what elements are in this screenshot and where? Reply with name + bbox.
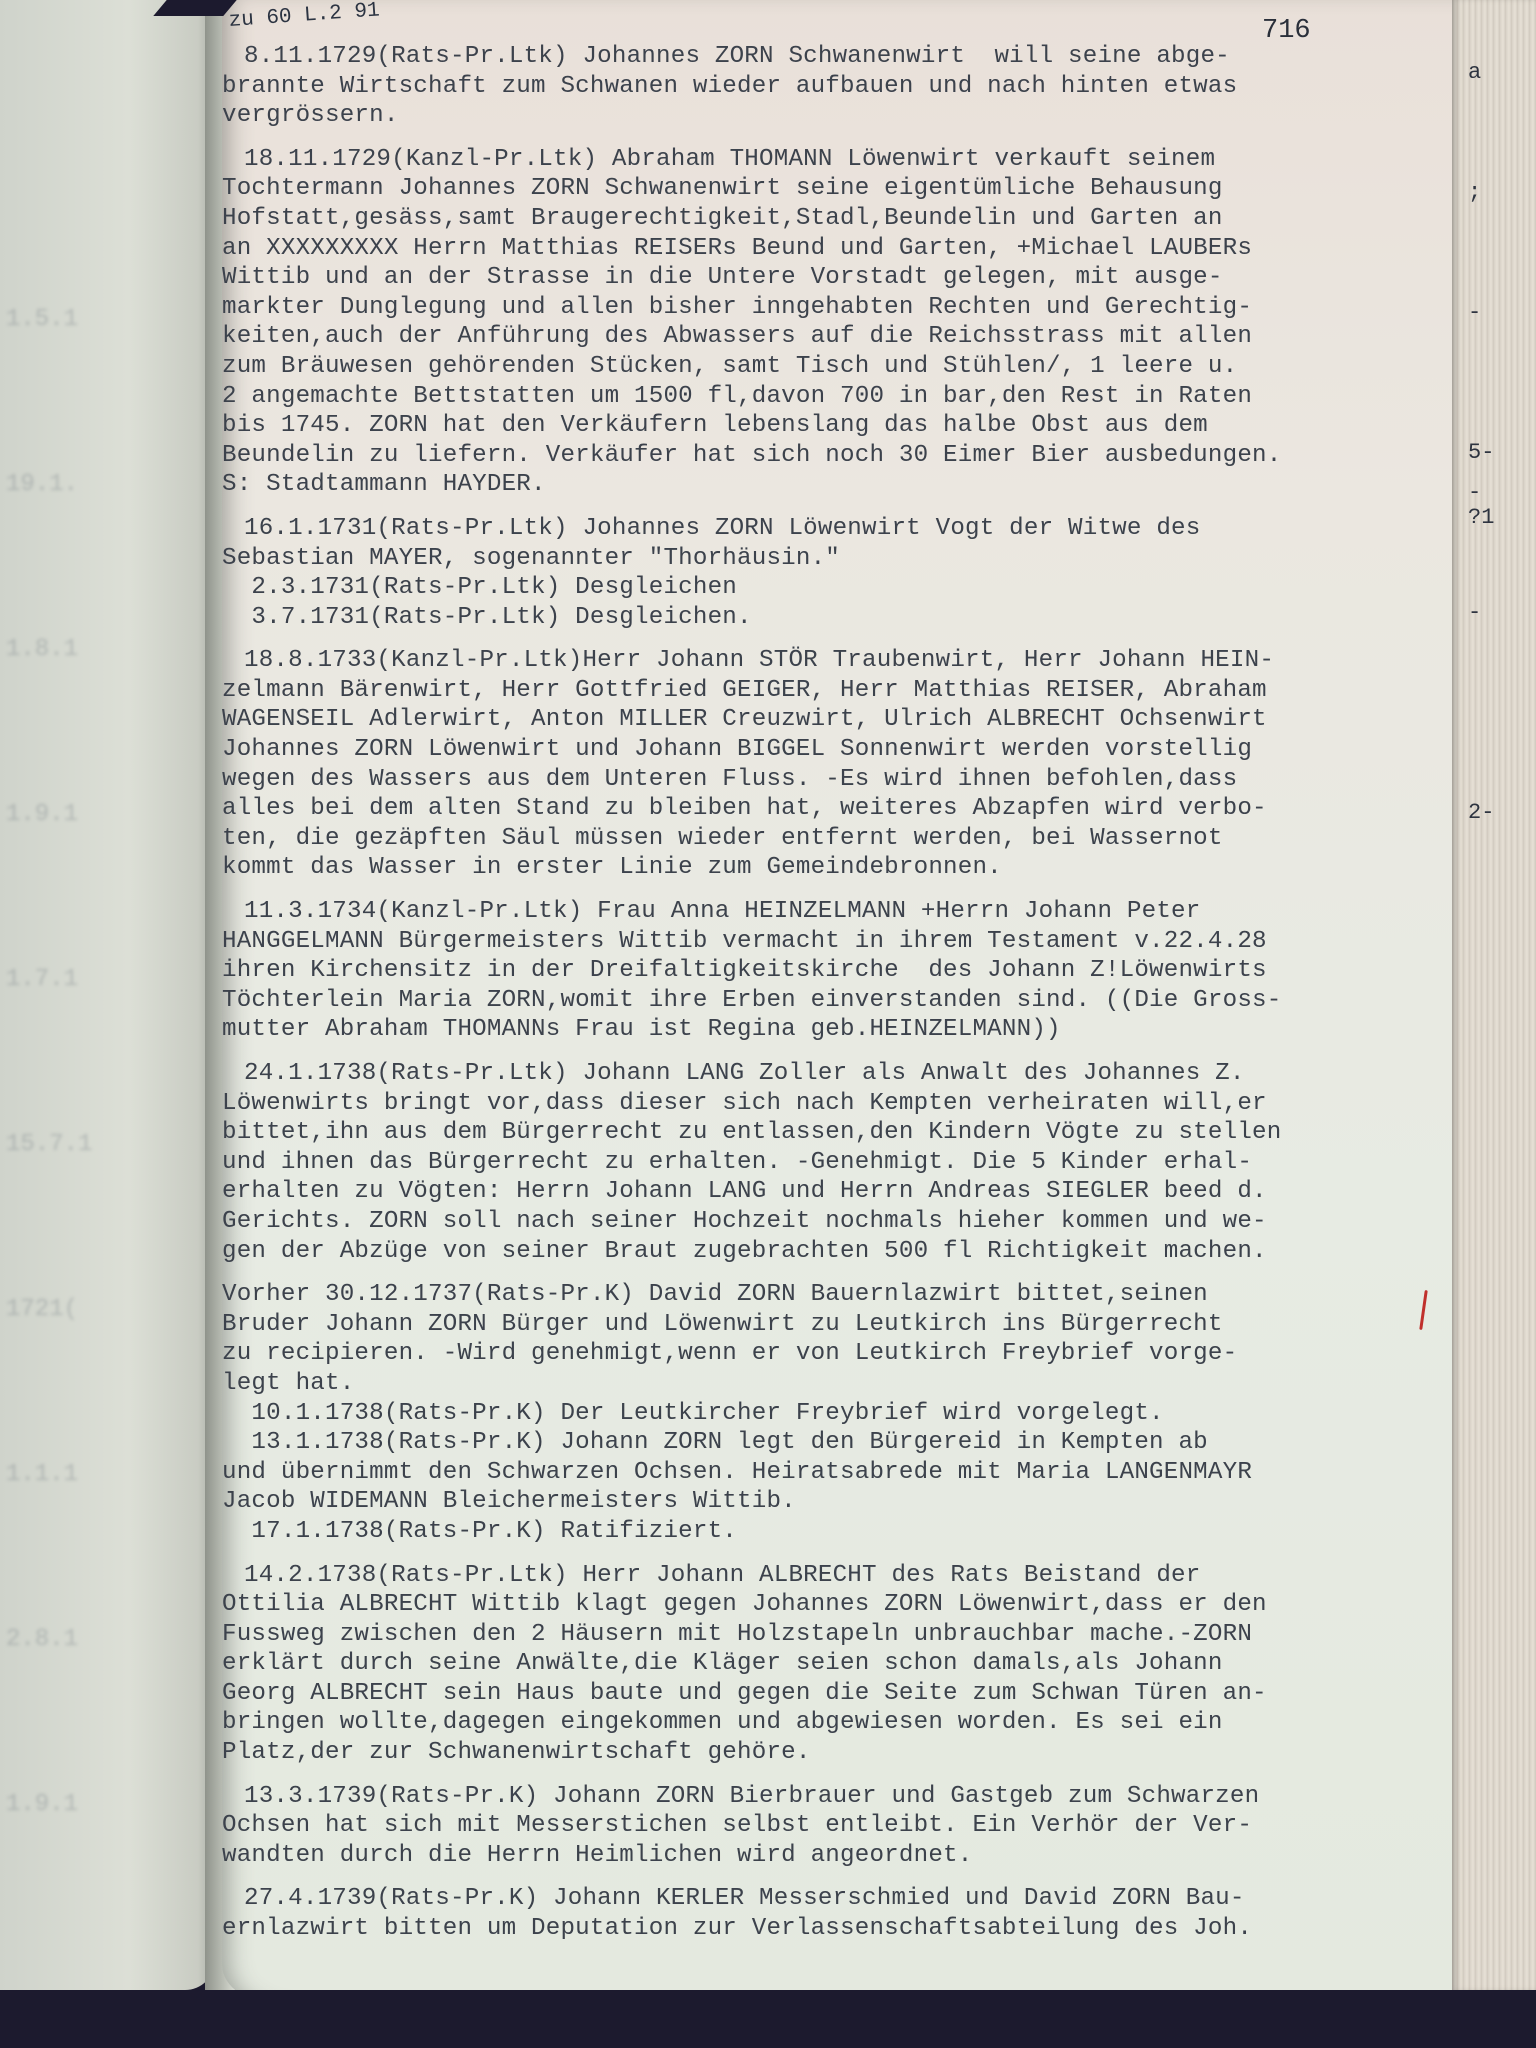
text-line: und ihnen das Bürgerrecht zu erhalten. -… [222, 1148, 1452, 1178]
margin-mark: - [1468, 300, 1481, 325]
text-line: Platz,der zur Schwanenwirtschaft gehöre. [222, 1738, 1452, 1768]
bleed-through-text: 1.1.1 [6, 1455, 156, 1495]
record-entry: 13.3.1739(Rats-Pr.K) Johann ZORN Bierbra… [222, 1782, 1452, 1871]
text-line: alles bei dem alten Stand zu bleiben hat… [222, 794, 1452, 824]
record-entry: 27.4.1739(Rats-Pr.K) Johann KERLER Messe… [222, 1884, 1452, 1943]
text-line: Fussweg zwischen den 2 Häusern mit Holzs… [222, 1620, 1452, 1650]
margin-mark: a [1468, 60, 1481, 85]
bleed-through-text: 1.7.1 [6, 960, 156, 1000]
text-line: Löwenwirts bringt vor,dass dieser sich n… [222, 1089, 1452, 1119]
text-line: an XXXXXXXXX Herrn Matthias REISERs Beun… [222, 234, 1452, 264]
bleed-through-text: 1.9.1 [6, 795, 156, 835]
text-line: Jacob WIDEMANN Bleichermeisters Wittib. [222, 1487, 1452, 1517]
text-line: Wittib und an der Strasse in die Untere … [222, 263, 1452, 293]
text-line: 27.4.1739(Rats-Pr.K) Johann KERLER Messe… [222, 1884, 1452, 1914]
text-line: Tochtermann Johannes ZORN Schwanenwirt s… [222, 174, 1452, 204]
text-line: Vorher 30.12.1737(Rats-Pr.K) David ZORN … [222, 1280, 1452, 1310]
record-entry: 18.11.1729(Kanzl-Pr.Ltk) Abraham THOMANN… [222, 145, 1452, 500]
text-line: vergrössern. [222, 101, 1452, 131]
margin-mark: 2- [1468, 800, 1494, 825]
text-line: erhalten zu Vögten: Herrn Johann LANG un… [222, 1177, 1452, 1207]
record-entry: 8.11.1729(Rats-Pr.Ltk) Johannes ZORN Sch… [222, 42, 1452, 131]
text-line: gen der Abzüge von seiner Braut zugebrac… [222, 1237, 1452, 1267]
text-line: bringen wollte,dagegen eingekommen und a… [222, 1708, 1452, 1738]
text-line: zu recipieren. -Wird genehmigt,wenn er v… [222, 1339, 1452, 1369]
text-line: Beundelin zu liefern. Verkäufer hat sich… [222, 441, 1452, 471]
text-line: 18.8.1733(Kanzl-Pr.Ltk)Herr Johann STÖR … [222, 646, 1452, 676]
bleed-through-text: 1.5.1 [6, 300, 156, 340]
text-line: 13.3.1739(Rats-Pr.K) Johann ZORN Bierbra… [222, 1782, 1452, 1812]
bleed-through-text: 1.9.1 [6, 1785, 156, 1825]
text-line: wegen des Wassers aus dem Unteren Fluss.… [222, 765, 1452, 795]
record-entry: 24.1.1738(Rats-Pr.Ltk) Johann LANG Zolle… [222, 1059, 1452, 1266]
text-line: Bruder Johann ZORN Bürger und Löwenwirt … [222, 1310, 1452, 1340]
text-line: ihren Kirchensitz in der Dreifaltigkeits… [222, 956, 1452, 986]
text-line: 24.1.1738(Rats-Pr.Ltk) Johann LANG Zolle… [222, 1059, 1452, 1089]
text-line: 14.2.1738(Rats-Pr.Ltk) Herr Johann ALBRE… [222, 1561, 1452, 1591]
record-entry: 14.2.1738(Rats-Pr.Ltk) Herr Johann ALBRE… [222, 1561, 1452, 1768]
text-line: und übernimmt den Schwarzen Ochsen. Heir… [222, 1458, 1452, 1488]
text-line: HANGGELMANN Bürgermeisters Wittib vermac… [222, 927, 1452, 957]
bleed-through-text: 15.7.1 [6, 1125, 156, 1165]
text-line: Hofstatt,gesäss,samt Braugerechtigkeit,S… [222, 204, 1452, 234]
text-line: 11.3.1734(Kanzl-Pr.Ltk) Frau Anna HEINZE… [222, 897, 1452, 927]
text-line: zum Bräuwesen gehörenden Stücken, samt T… [222, 352, 1452, 382]
text-line: S: Stadtammann HAYDER. [222, 470, 1452, 500]
text-line: 16.1.1731(Rats-Pr.Ltk) Johannes ZORN Löw… [222, 514, 1452, 544]
left-facing-page: 1.5.119.1.1.8.11.9.11.7.115.7.11721(1.1.… [0, 0, 215, 1990]
text-line: erklärt durch seine Anwälte,die Kläger s… [222, 1649, 1452, 1679]
text-line: 13.1.1738(Rats-Pr.K) Johann ZORN legt de… [222, 1428, 1452, 1458]
record-entry: 18.8.1733(Kanzl-Pr.Ltk)Herr Johann STÖR … [222, 646, 1452, 883]
text-line: 10.1.1738(Rats-Pr.K) Der Leutkircher Fre… [222, 1399, 1452, 1429]
text-line: Gerichts. ZORN soll nach seiner Hochzeit… [222, 1207, 1452, 1237]
text-line: Georg ALBRECHT sein Haus baute und gegen… [222, 1679, 1452, 1709]
margin-mark: ; [1468, 180, 1481, 205]
text-line: ten, die gezäpften Säul müssen wieder en… [222, 824, 1452, 854]
text-line: Ottilia ALBRECHT Wittib klagt gegen Joha… [222, 1590, 1452, 1620]
text-line: 2 angemachte Bettstatten um 1500 fl,davo… [222, 382, 1452, 412]
page-edges [1452, 0, 1536, 1990]
text-line: bittet,ihn aus dem Bürgerrecht zu entlas… [222, 1118, 1452, 1148]
record-entry: 16.1.1731(Rats-Pr.Ltk) Johannes ZORN Löw… [222, 514, 1452, 632]
text-line: Sebastian MAYER, sogenannter "Thorhäusin… [222, 544, 1452, 574]
text-line: kommt das Wasser in erster Linie zum Gem… [222, 853, 1452, 883]
text-line: markter Dunglegung und allen bisher inng… [222, 293, 1452, 323]
bleed-through-text: 2.8.1 [6, 1620, 156, 1660]
bleed-through-text: 1.8.1 [6, 630, 156, 670]
document-body: 8.11.1729(Rats-Pr.Ltk) Johannes ZORN Sch… [222, 42, 1452, 1958]
text-line: legt hat. [222, 1369, 1452, 1399]
corner-shadow [153, 0, 236, 16]
margin-mark: - [1468, 480, 1481, 505]
bleed-through-text: 19.1. [6, 465, 156, 505]
margin-mark: ?1 [1468, 505, 1494, 530]
text-line: Johannes ZORN Löwenwirt und Johann BIGGE… [222, 735, 1452, 765]
text-line: 3.7.1731(Rats-Pr.Ltk) Desgleichen. [222, 603, 1452, 633]
text-line: ernlazwirt bitten um Deputation zur Verl… [222, 1914, 1452, 1944]
text-line: 2.3.1731(Rats-Pr.Ltk) Desgleichen [222, 573, 1452, 603]
text-line: wandten durch die Herrn Heimlichen wird … [222, 1841, 1452, 1871]
text-line: 17.1.1738(Rats-Pr.K) Ratifiziert. [222, 1517, 1452, 1547]
text-line: mutter Abraham THOMANNs Frau ist Regina … [222, 1015, 1452, 1045]
text-line: keiten,auch der Anführung des Abwassers … [222, 322, 1452, 352]
record-entry: Vorher 30.12.1737(Rats-Pr.K) David ZORN … [222, 1280, 1452, 1546]
record-entry: 11.3.1734(Kanzl-Pr.Ltk) Frau Anna HEINZE… [222, 897, 1452, 1045]
text-line: bis 1745. ZORN hat den Verkäufern lebens… [222, 411, 1452, 441]
text-line: 18.11.1729(Kanzl-Pr.Ltk) Abraham THOMANN… [222, 145, 1452, 175]
text-line: WAGENSEIL Adlerwirt, Anton MILLER Creuzw… [222, 705, 1452, 735]
text-line: brannte Wirtschaft zum Schwanen wieder a… [222, 72, 1452, 102]
text-line: Töchterlein Maria ZORN,womit ihre Erben … [222, 986, 1452, 1016]
text-line: Ochsen hat sich mit Messerstichen selbst… [222, 1811, 1452, 1841]
text-line: 8.11.1729(Rats-Pr.Ltk) Johannes ZORN Sch… [222, 42, 1452, 72]
margin-mark: - [1468, 600, 1481, 625]
table-surface [0, 1990, 1536, 2048]
bleed-through-text: 1721( [6, 1290, 156, 1330]
text-line: zelmann Bärenwirt, Herr Gottfried GEIGER… [222, 676, 1452, 706]
margin-mark: 5- [1468, 440, 1494, 465]
